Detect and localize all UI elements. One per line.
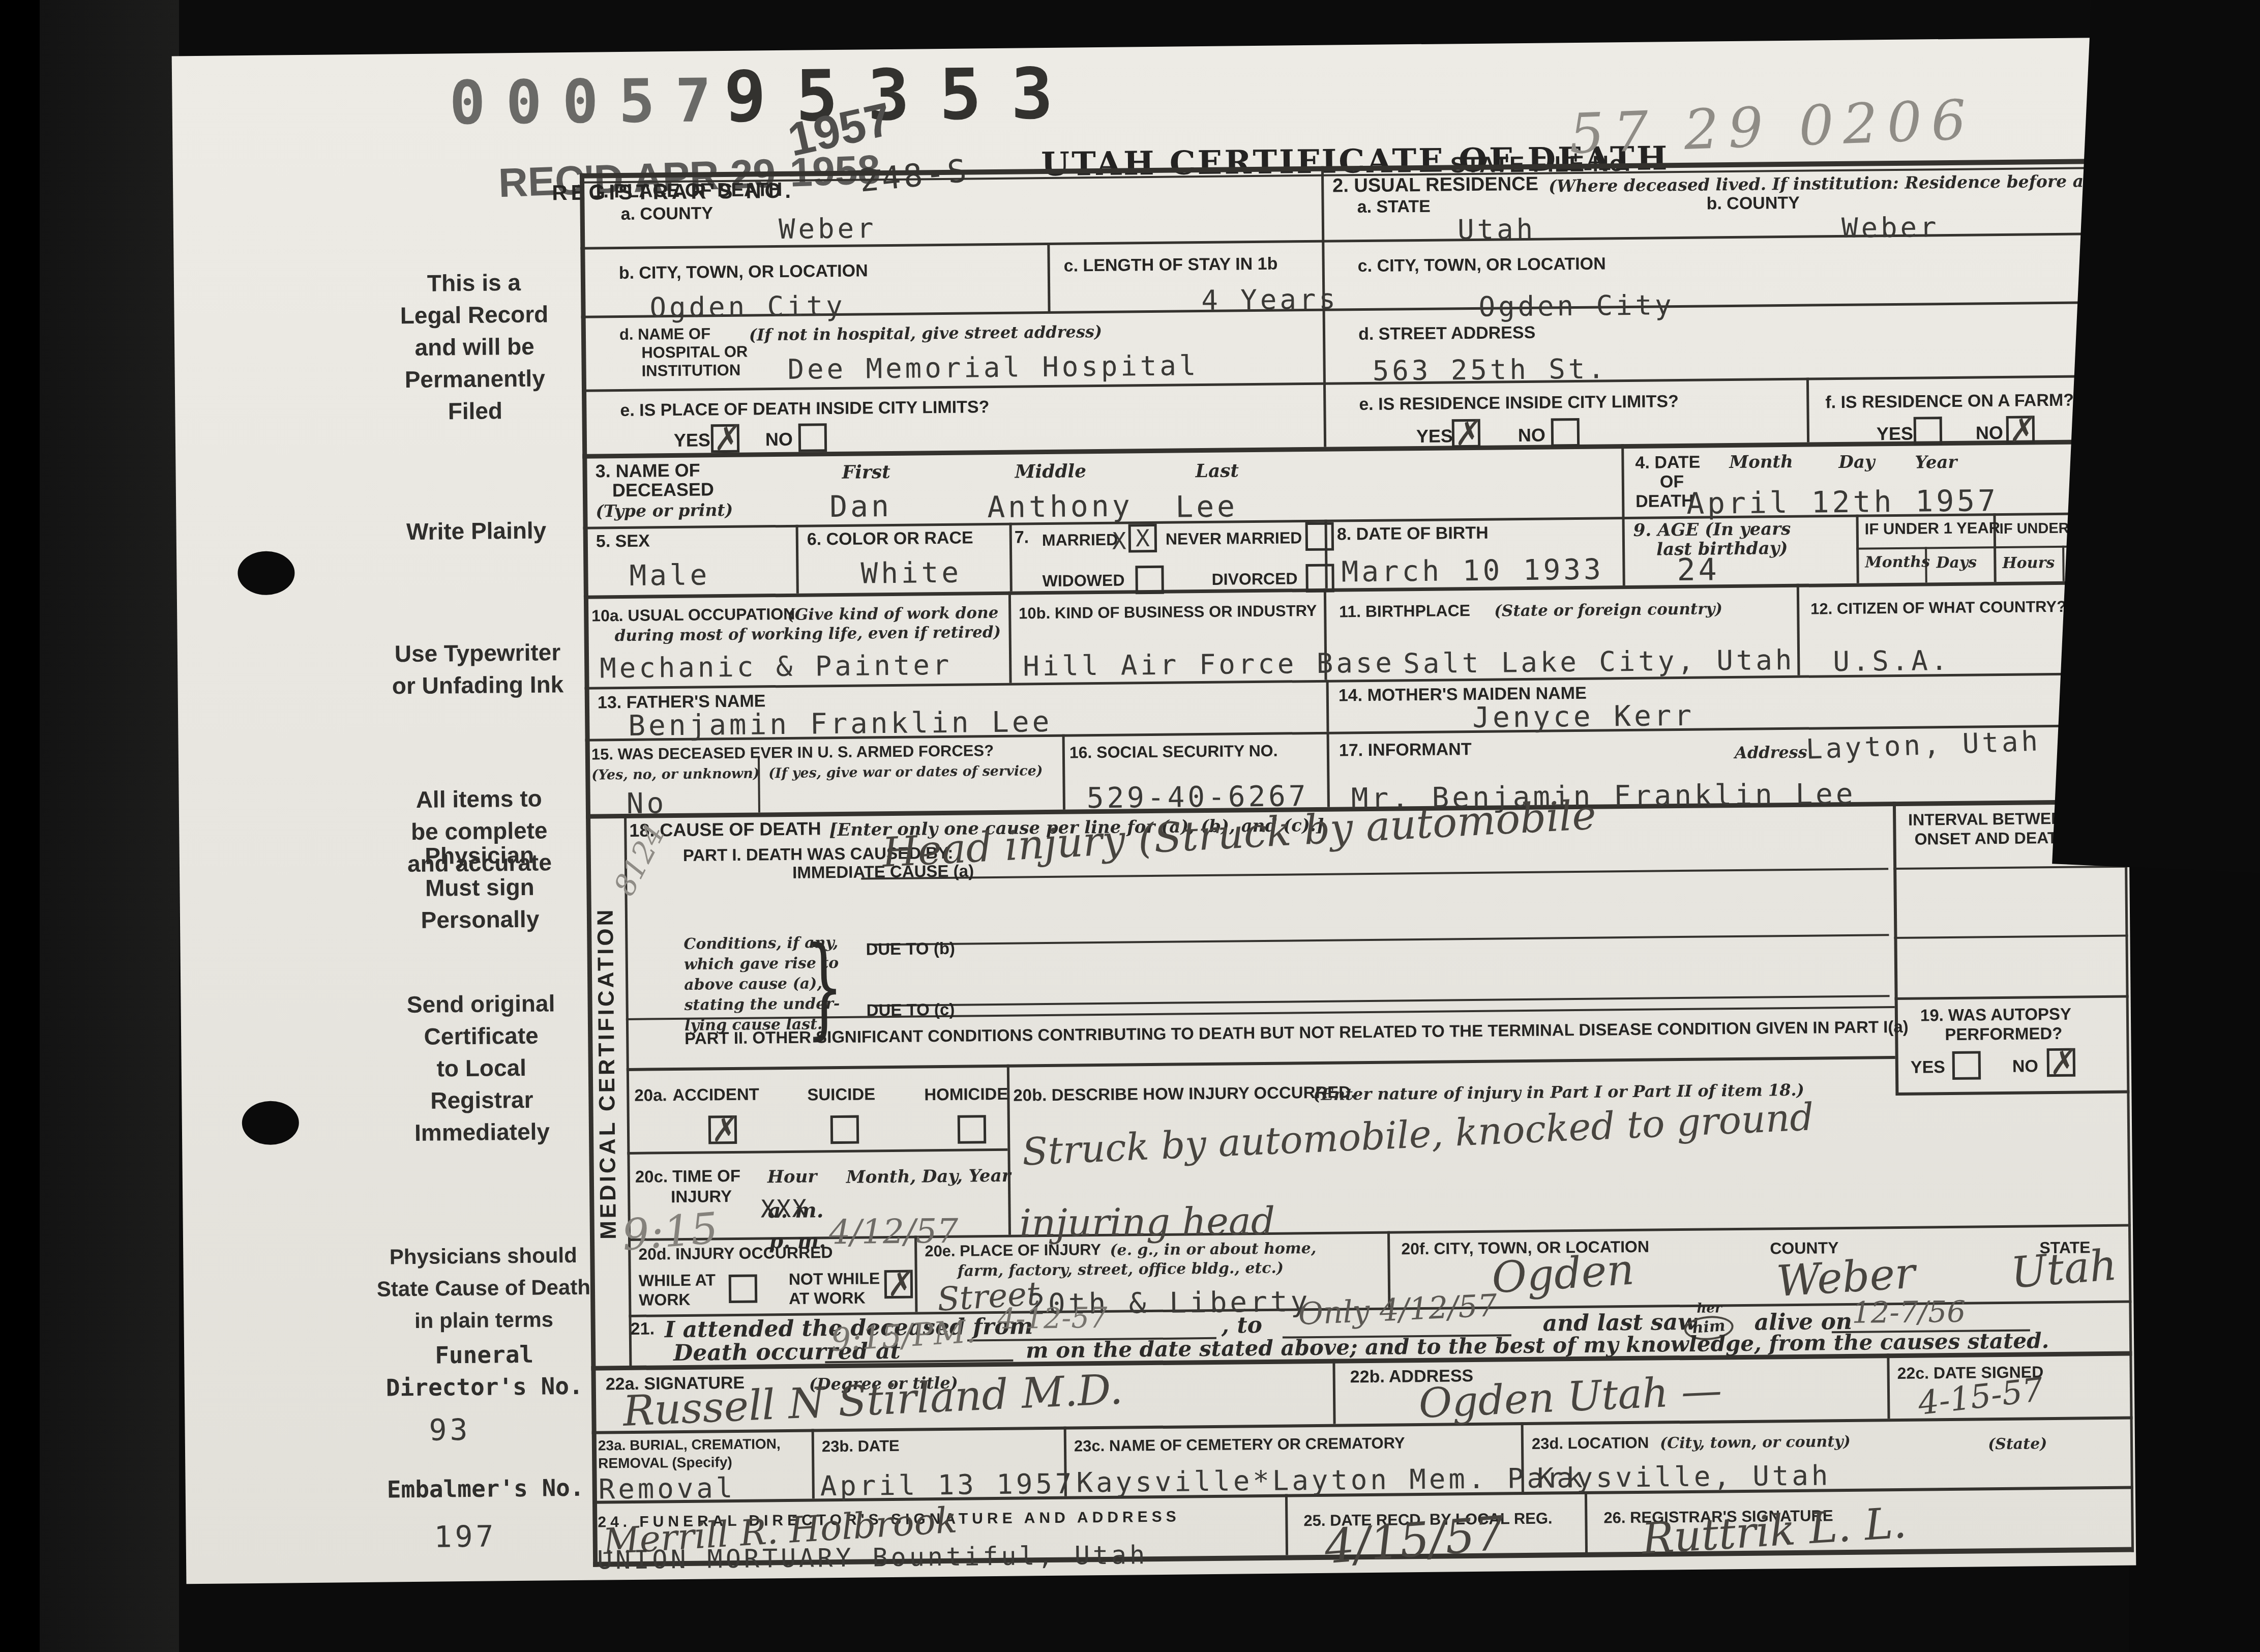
grid-line: [796, 525, 799, 594]
field-2-title: 2. USUAL RESIDENCE: [1332, 173, 1538, 197]
field-11-hint: (State or foreign country): [1494, 600, 1722, 620]
field-23d-value: Kaysville, Utah: [1537, 1459, 1831, 1494]
field-4-label1: 4. DATE: [1635, 453, 1700, 473]
field-23d-label-hint: (City, town, or county): [1660, 1433, 1851, 1453]
grid-line: [1621, 444, 1624, 517]
field-21-value3: 12-7/56: [1852, 1294, 1966, 1330]
field-21-text2: , to: [1221, 1312, 1262, 1339]
state-file-number: 57 29 0206: [1568, 88, 1976, 166]
field-20d-not-label1: NOT WHILE: [789, 1269, 880, 1289]
field-7-number: 7.: [1015, 527, 1029, 547]
check-mark: ✗: [712, 436, 738, 440]
funeral-director-no-value: 93: [429, 1412, 470, 1448]
field-19-no-checkbox: ✗: [2047, 1048, 2076, 1077]
field-3-middle-header: Middle: [1015, 460, 1086, 482]
field-1e-no-checkbox: [798, 423, 827, 452]
field-9-value: 24: [1677, 552, 1720, 588]
field-1d-label3: INSTITUTION: [641, 361, 740, 380]
field-8-label: 8. DATE OF BIRTH: [1337, 523, 1489, 545]
grid-line: [1285, 1494, 1288, 1555]
stamped-digits-right: 95353: [724, 52, 1083, 138]
field-6-value: White: [860, 556, 962, 591]
field-1-title: 1. PLACE OF DEATH: [592, 179, 782, 203]
field-4-label3: DEATH: [1635, 491, 1694, 512]
field-2d-value: 563 25th St.: [1372, 352, 1608, 387]
field-3-middle-value: Anthony: [987, 488, 1133, 524]
grid-line: [1332, 1359, 1335, 1424]
interval-label-line2: ONSET AND DEATH: [1914, 829, 2069, 849]
field-23b-label: 23b. DATE: [822, 1437, 900, 1456]
field-23d-label: 23d. LOCATION: [1532, 1434, 1649, 1453]
field-10a-hint2: during most of working life, even if ret…: [614, 623, 1001, 645]
grid-line: [1887, 1353, 1890, 1419]
field-9-label2: last birthday): [1656, 538, 1788, 559]
field-20c-label2: INJURY: [671, 1187, 732, 1206]
field-1d-label: d. NAME OF: [619, 324, 710, 344]
field-15-value: No: [627, 787, 667, 820]
grid-line: [1797, 584, 1800, 675]
field-10b-label: 10b. KIND OF BUSINESS OR INDUSTRY: [1019, 602, 1317, 623]
grid-line: [1585, 1491, 1588, 1552]
field-15-label: 15. WAS DECEASED EVER IN U. S. ARMED FOR…: [591, 742, 994, 764]
field-1e-no-label: NO: [765, 429, 793, 451]
grid-line: [1894, 935, 2128, 939]
grid-line: [758, 756, 760, 812]
grid-line: [627, 1056, 1895, 1071]
grid-line: [1008, 592, 1012, 683]
field-20e-label: 20e. PLACE OF INJURY: [925, 1241, 1101, 1260]
check-mark: ✗: [2007, 428, 2033, 432]
scanned-death-certificate: 00057 95353 REC'D APR 291958 1957 248-S …: [0, 0, 2260, 1652]
field-15-hint1: (Yes, no, or unknown): [591, 765, 760, 783]
grid-line: [1856, 515, 1859, 583]
field-20a-accident-label: ACCIDENT: [672, 1084, 759, 1105]
field-20b-handwriting-line2: injuring head: [1019, 1199, 1275, 1246]
grid-line: [1893, 866, 2127, 870]
field-13-value: Benjamin Franklin Lee: [628, 705, 1053, 743]
grid-line: [1895, 995, 2129, 1000]
field-21-value2: Only 4/12/57: [1297, 1288, 1498, 1332]
field-1e-yes-label: YES: [674, 429, 710, 451]
field-2e-yes-checkbox: ✗: [1452, 419, 1481, 448]
field-12-value: U.S.A.: [1833, 644, 1951, 677]
field-2f-yes-label: YES: [1877, 423, 1913, 445]
punch-hole-bottom: [242, 1101, 299, 1145]
due-c-underline: [873, 995, 1890, 1007]
field-23b-value: April 13 1957: [820, 1468, 1075, 1502]
field-20f-city-value: Ogden: [1490, 1244, 1635, 1303]
field-7-divorced-checkbox: [1305, 564, 1334, 593]
field-20d-while-checkbox: [729, 1275, 758, 1304]
field-9-label1: 9. AGE (In years: [1633, 519, 1791, 541]
check-mark: ✗: [709, 1128, 735, 1132]
field-18-conditions-line3: above cause (a),: [684, 975, 822, 994]
embalmer-no-value: 197: [434, 1519, 496, 1554]
field-4-label2: OF: [1660, 472, 1684, 492]
field-20a-homicide-label: HOMICIDE: [924, 1084, 1008, 1105]
due-b-underline: [872, 934, 1889, 946]
field-19-yes-label: YES: [1911, 1057, 1945, 1078]
field-23a-value: Removal: [598, 1472, 735, 1506]
field-21-value1: 4-12-57: [997, 1302, 1108, 1336]
field-23a-label2: REMOVAL (Specify): [598, 1454, 732, 1472]
field-16-label: 16. SOCIAL SECURITY NO.: [1069, 742, 1278, 762]
field-20b-handwriting-line1: Struck by automobile, knocked to ground: [1021, 1095, 1815, 1174]
field-20a-homicide-checkbox: [958, 1115, 987, 1144]
field-18-due-c-label: DUE TO (c): [867, 1000, 955, 1020]
field-20d-while-label2: WORK: [639, 1290, 691, 1310]
field-3-first-value: Dan: [829, 489, 892, 524]
field-14-value: Jenyce Kerr: [1472, 699, 1694, 734]
field-19-no-label: NO: [2012, 1056, 2038, 1076]
field-8-value: March 10 1933: [1341, 553, 1604, 588]
field-20c-hour-header: Hour: [767, 1166, 817, 1187]
field-20c-mdy-header: Month, Day, Year: [846, 1166, 1011, 1188]
check-mark: ✗: [1453, 431, 1479, 435]
field-2a-value: Utah: [1458, 213, 1536, 246]
field-2c-label: c. CITY, TOWN, OR LOCATION: [1358, 254, 1606, 276]
field-2b-label: b. COUNTY: [1706, 193, 1800, 214]
field-7-married-typed-x: X: [1112, 527, 1129, 554]
grid-line: [1062, 734, 1065, 810]
check-mark: ✗: [2048, 1060, 2074, 1065]
field-4-value: April 12th 1957: [1686, 483, 1999, 521]
field-2d-label: d. STREET ADDRESS: [1358, 323, 1536, 344]
field-4-month-header: Month: [1729, 452, 1793, 473]
field-7-divorced-label: DIVORCED: [1211, 569, 1297, 589]
field-2a-label: a. STATE: [1357, 197, 1431, 217]
field-2f-yes-checkbox: [1914, 417, 1943, 446]
grid-line: [1806, 378, 1809, 442]
field-2b-value: Weber: [1841, 211, 1940, 244]
field-1b-value: Ogden City: [649, 290, 846, 324]
field-7-married-checkbox: X: [1128, 524, 1157, 553]
field-20c-am-strikeout: XXX: [760, 1195, 808, 1224]
field-9-hours-header: Hours: [2002, 554, 2055, 572]
field-19-label2: PERFORMED?: [1945, 1024, 2062, 1044]
field-20a-accident-checkbox: ✗: [708, 1115, 737, 1144]
scan-edge-left: [0, 0, 40, 1652]
field-21-number: 21.: [631, 1319, 655, 1339]
field-3-label3: (Type or print): [596, 500, 733, 521]
check-mark: ✗: [885, 1282, 911, 1286]
field-3-last-value: Lee: [1175, 489, 1238, 524]
field-11-label: 11. BIRTHPLACE: [1339, 601, 1470, 621]
field-20e-hint1: (e. g., in or about home,: [1110, 1240, 1316, 1259]
field-23c-value: Kaysville*Layton Mem. Park: [1076, 1462, 1586, 1499]
field-9-months-header: Months: [1865, 553, 1930, 571]
field-11-value: Salt Lake City, Utah: [1403, 644, 1795, 680]
field-4-year-header: Year: [1915, 452, 1957, 473]
field-23a-label1: 23a. BURIAL, CREMATION,: [598, 1436, 781, 1454]
field-1e-yes-checkbox: ✗: [711, 424, 740, 453]
cause-a-underline: [861, 868, 1888, 879]
field-12-label: 12. CITIZEN OF WHAT COUNTRY?: [1810, 598, 2066, 618]
grid-line: [627, 1148, 1007, 1155]
field-1d-hint: (If not in hospital, give street address…: [749, 322, 1102, 345]
grid-line: [1326, 680, 1329, 732]
field-20d-not-checkbox: ✗: [884, 1270, 913, 1299]
field-10a-value: Mechanic & Painter: [600, 649, 953, 685]
grid-line: [1009, 523, 1013, 592]
field-3-first-header: First: [842, 461, 890, 483]
field-2e-no-label: NO: [1518, 425, 1545, 447]
field-23c-label: 23c. NAME OF CEMETERY OR CREMATORY: [1074, 1434, 1405, 1455]
field-2f-no-checkbox: ✗: [2006, 416, 2035, 445]
field-20d-label: 20d. INJURY OCCURRED: [638, 1243, 833, 1264]
field-6-label: 6. COLOR OR RACE: [807, 528, 973, 549]
field-20b-label: 20b. DESCRIBE HOW INJURY OCCURRED.: [1013, 1082, 1355, 1105]
certificate-paper: 00057 95353 REC'D APR 291958 1957 248-S …: [172, 38, 2136, 1584]
field-2c-value: Ogden City: [1478, 289, 1675, 323]
field-18-due-b-label: DUE TO (b): [866, 939, 955, 959]
field-7-never-married-label: NEVER MARRIED: [1166, 528, 1302, 549]
field-1b-label: b. CITY, TOWN, OR LOCATION: [619, 261, 868, 283]
field-18-pencil-code: 8124: [607, 818, 672, 901]
field-5-label: 5. SEX: [596, 531, 650, 551]
field-1c-label: c. LENGTH OF STAY IN 1b: [1064, 254, 1278, 276]
field-2f-label: f. IS RESIDENCE ON A FARM?: [1825, 391, 2074, 413]
field-2f-no-label: NO: [1976, 422, 2003, 444]
field-20a-suicide-label: SUICIDE: [807, 1084, 875, 1104]
field-17-address-value: Layton, Utah: [1805, 725, 2041, 765]
field-1e-label: e. IS PLACE OF DEATH INSIDE CITY LIMITS?: [620, 397, 989, 421]
grid-line: [1047, 243, 1050, 311]
field-20c-label1: 20c. TIME OF: [635, 1166, 741, 1187]
field-1d-value: Dee Memorial Hospital: [787, 349, 1199, 386]
field-9-days-header: Days: [1936, 553, 1977, 572]
field-2-hint: (Where deceased lived. If institution: R…: [1549, 170, 2176, 196]
grid-line: [2062, 546, 2065, 581]
field-5-value: Male: [629, 558, 710, 593]
field-3-last-header: Last: [1195, 460, 1239, 482]
medical-certification-label: MEDICAL CERTIFICATION: [593, 907, 621, 1240]
grid-line: [1895, 1090, 2129, 1096]
field-10a-label: 10a. USUAL OCCUPATION: [591, 605, 795, 626]
scan-edge-left-shadow: [40, 0, 179, 1652]
field-3-label2: DECEASED: [612, 479, 714, 501]
field-17-label: 17. INFORMANT: [1339, 740, 1472, 761]
punch-hole-top: [237, 551, 295, 595]
field-20a-number: 20a.: [634, 1085, 667, 1105]
field-10b-value: Hill Air Force Base: [1023, 646, 1395, 682]
field-10a-hint1: (Give kind of work done: [787, 604, 998, 624]
field-1a-label: a. COUNTY: [621, 203, 713, 224]
field-19-label1: 19. WAS AUTOPSY: [1920, 1005, 2071, 1025]
field-1a-value: Weber: [779, 212, 877, 245]
field-19-yes-checkbox: [1952, 1051, 1981, 1080]
grid-line: [1327, 732, 1330, 807]
field-24-typed-address: UNION MORTUARY Bountiful, Utah: [597, 1540, 1148, 1575]
field-2e-label: e. IS RESIDENCE INSIDE CITY LIMITS?: [1359, 392, 1679, 415]
form-grid: MEDICAL CERTIFICATION 1. PLACE OF DEATH …: [580, 159, 2134, 1567]
field-2e-yes-label: YES: [1416, 425, 1453, 447]
field-18-part2-label: PART II. OTHER SIGNIFICANT CONDITIONS CO…: [685, 1017, 1909, 1048]
field-4-day-header: Day: [1838, 452, 1875, 473]
stamped-digits-left: 00057: [449, 65, 732, 138]
grid-line: [812, 1429, 815, 1498]
field-2e-no-checkbox: [1551, 418, 1580, 447]
field-20a-suicide-checkbox: [830, 1115, 859, 1144]
field-20d-while-label1: WHILE AT: [639, 1271, 716, 1290]
field-20d-not-label2: AT WORK: [789, 1288, 866, 1308]
grid-line: [1893, 802, 1898, 1093]
field-23d-state-hint: (State): [1988, 1435, 2047, 1453]
field-7-widowed-label: WIDOWED: [1042, 571, 1124, 591]
field-1c-value: 4 Years: [1201, 283, 1339, 316]
field-17-address-label: Address: [1735, 743, 1807, 762]
field-7-widowed-checkbox: [1135, 566, 1164, 595]
field-7-never-married-checkbox: [1305, 522, 1334, 551]
field-15-hint2: (If yes, give war or dates of service): [768, 763, 1043, 781]
field-21-her-label: her: [1697, 1301, 1721, 1316]
field-7-married-label: MARRIED: [1042, 530, 1118, 550]
field-20f-state-value: Utah: [2009, 1240, 2119, 1297]
grid-line: [1622, 517, 1625, 585]
field-9-under-1yr-label: IF UNDER 1 YEAR: [1865, 519, 2001, 539]
field-1d-label2: HOSPITAL OR: [641, 343, 748, 362]
